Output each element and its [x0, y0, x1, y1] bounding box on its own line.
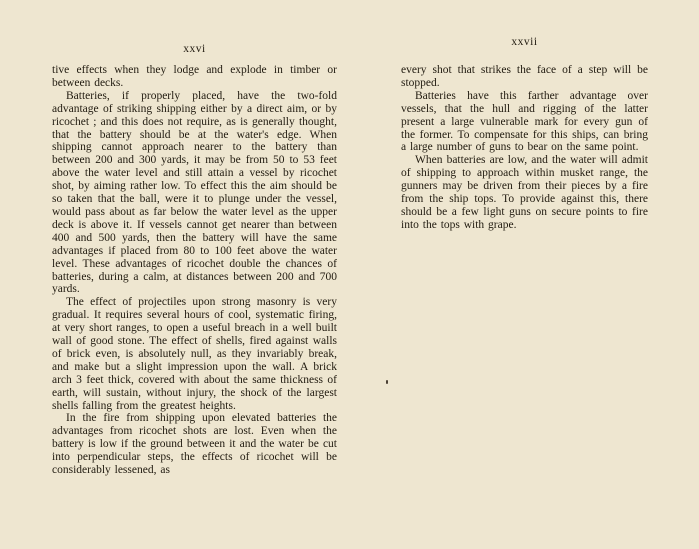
paragraph: Batteries have this farther advantage ov… [401, 90, 648, 155]
paragraph: In the fire from shipping upon elevated … [52, 412, 337, 477]
paragraph: When batteries are low, and the water wi… [401, 154, 648, 231]
page-number-right: xxvii [401, 37, 648, 48]
left-page: xxvi tive effects when they lodge and ex… [52, 44, 337, 477]
paragraph: tive effects when they lodge and explode… [52, 64, 337, 90]
paragraph: The effect of projectiles upon strong ma… [52, 296, 337, 412]
paragraph: Batteries, if properly placed, have the … [52, 90, 337, 297]
paragraph: every shot that strikes the face of a st… [401, 64, 648, 90]
right-page: xxvii every shot that strikes the face o… [401, 37, 648, 232]
scan-speck [386, 380, 388, 384]
book-spread-scan: xxvi tive effects when they lodge and ex… [0, 0, 699, 549]
page-number-left: xxvi [52, 44, 337, 55]
